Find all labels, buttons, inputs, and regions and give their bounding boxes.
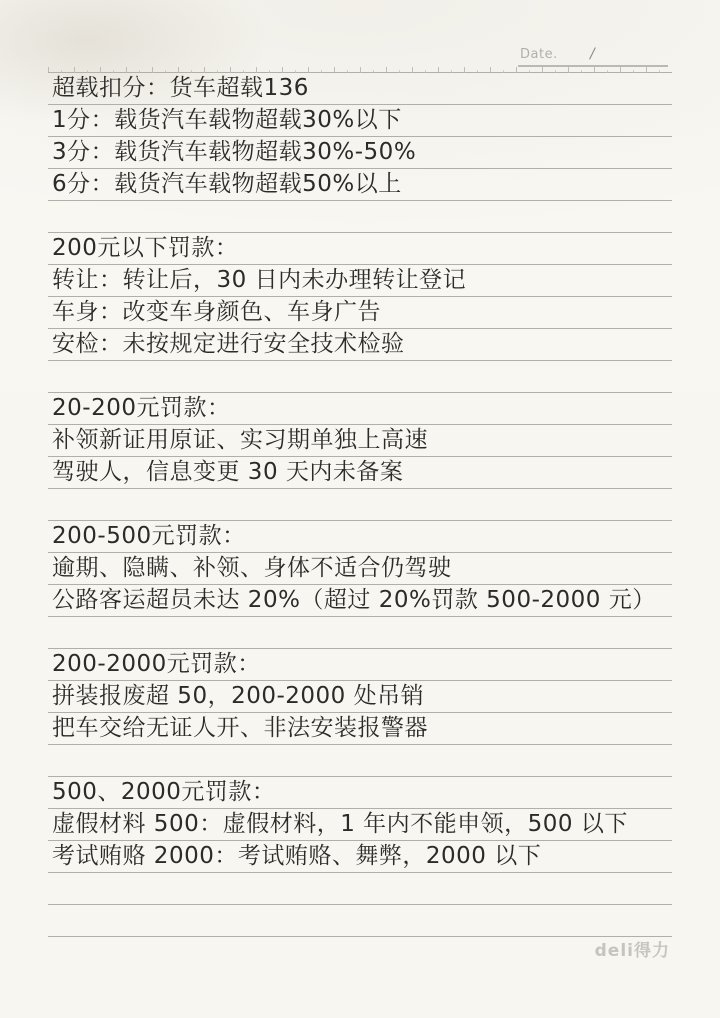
ruler-tick-marks-small	[61, 70, 672, 73]
note-line: 转让：转让后，30 日内未办理转让登记	[48, 265, 672, 297]
note-line: 把车交给无证人开、非法安装报警器	[48, 713, 672, 745]
blank-line	[48, 201, 672, 233]
blank-line	[48, 873, 672, 905]
section-heading: 200元以下罚款：	[48, 233, 672, 265]
section-heading: 200-500元罚款：	[48, 521, 672, 553]
date-label: Date.	[520, 47, 558, 62]
deli-brand-logo: deli得力	[595, 936, 670, 961]
date-line: Date. /	[518, 43, 668, 67]
note-line: 拼装报废超 50，200-2000 处吊销	[48, 681, 672, 713]
note-line: 驾驶人，信息变更 30 天内未备案	[48, 457, 672, 489]
note-line: 3分：载货汽车载物超载30%-50%	[48, 137, 672, 169]
ruled-writing-area: 超载扣分：货车超载136 1分：载货汽车载物超载30%以下 3分：载货汽车载物超…	[48, 72, 672, 937]
note-line: 逾期、隐瞒、补领、身体不适合仍驾驶	[48, 553, 672, 585]
notebook-page: Date. / 超载扣分：货车超载136 1分：载货汽车载物超载30%以下 3分…	[0, 0, 720, 1018]
note-line: 公路客运超员未达 20%（超过 20%罚款 500-2000 元）	[48, 585, 672, 617]
note-line: 考试贿赂 2000：考试贿赂、舞弊，2000 以下	[48, 841, 672, 873]
blank-line	[48, 489, 672, 521]
note-line: 1分：载货汽车载物超载30%以下	[48, 105, 672, 137]
note-line: 车身：改变车身颜色、车身广告	[48, 297, 672, 329]
note-line: 安检：未按规定进行安全技术检验	[48, 329, 672, 361]
blank-line	[48, 617, 672, 649]
section-heading: 超载扣分：货车超载136	[48, 73, 672, 105]
note-line: 虚假材料 500：虚假材料，1 年内不能申领，500 以下	[48, 809, 672, 841]
section-heading: 500、2000元罚款：	[48, 777, 672, 809]
section-heading: 200-2000元罚款：	[48, 649, 672, 681]
blank-line	[48, 361, 672, 393]
note-line: 补领新证用原证、实习期单独上高速	[48, 425, 672, 457]
section-heading: 20-200元罚款：	[48, 393, 672, 425]
note-line: 6分：载货汽车载物超载50%以上	[48, 169, 672, 201]
blank-line	[48, 745, 672, 777]
date-separator: /	[590, 46, 595, 62]
blank-line	[48, 905, 672, 937]
